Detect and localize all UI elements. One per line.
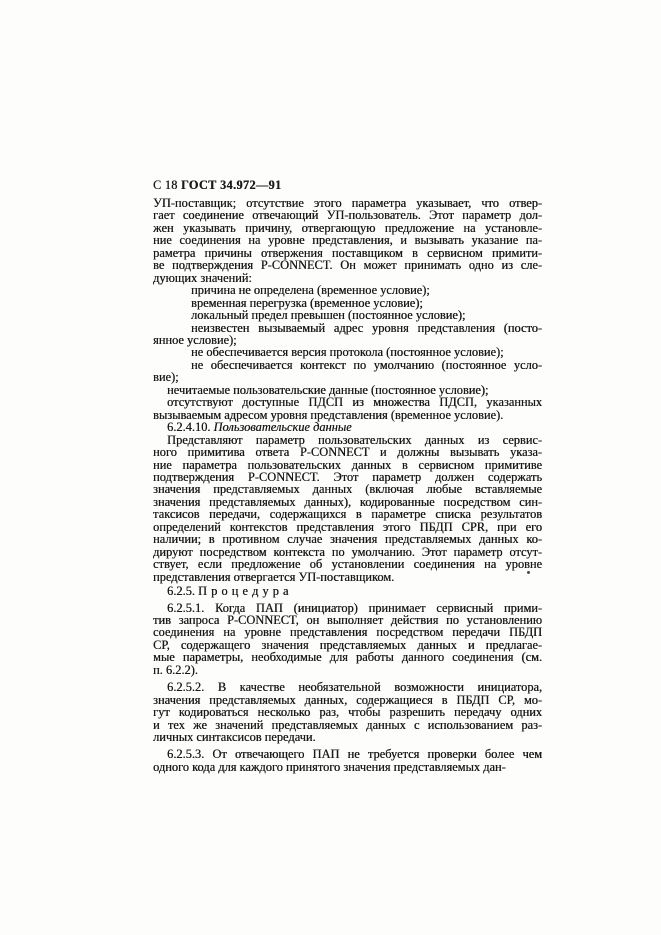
- scan-speck: [527, 571, 530, 574]
- paragraph: 6.2.5.2. В качестве необязательной возмо…: [153, 681, 542, 743]
- page-number-label: С 18: [153, 178, 178, 192]
- text-line: отсутствуют доступные ПДСП из множества …: [153, 396, 542, 408]
- text-line: соединения на уровне представления посре…: [153, 626, 542, 638]
- section-number: 6.2.5.: [167, 584, 198, 598]
- text-line: 6.2.4.10. Пользовательские данные: [153, 421, 542, 433]
- text-line: локальный предел превышен (постоянное ус…: [153, 309, 542, 321]
- text-line: таксисов передачи, содержащихся в параме…: [153, 508, 542, 520]
- list-item: локальный предел превышен (постоянное ус…: [153, 309, 542, 321]
- section-heading: 6.2.5. П р о ц е д у р а: [153, 585, 542, 597]
- document-page: С 18 ГОСТ 34.972—91 УП-поставщик; отсутс…: [0, 0, 661, 935]
- text-line: вие);: [153, 371, 542, 383]
- text-line: ного примитива ответа P-CONNECT и должны…: [153, 446, 542, 458]
- text-line: представления отвергается УП-поставщиком…: [153, 571, 542, 583]
- text-line: ние соединения на уровне представления, …: [153, 234, 542, 246]
- paragraph: Представляют параметр пользовательских д…: [153, 434, 542, 583]
- paragraph: 6.2.5.3. От отвечающего ПАП не требуется…: [153, 748, 542, 773]
- text-block: УП-поставщик; отсутствие этого параметра…: [153, 197, 542, 773]
- text-line: личных синтаксисов передачи.: [153, 731, 542, 743]
- running-header: С 18 ГОСТ 34.972—91: [153, 179, 542, 192]
- text-line: одного кода для каждого принятого значен…: [153, 761, 542, 773]
- text-line: 6.2.5.2. В качестве необязательной возмо…: [153, 681, 542, 693]
- document-number: ГОСТ 34.972—91: [181, 178, 282, 192]
- text-line: 6.2.5. П р о ц е д у р а: [153, 585, 542, 597]
- list-item: неизвестен вызываемый адрес уровня предс…: [153, 322, 542, 347]
- paragraph: 6.2.5.1. Когда ПАП (инициатор) принимает…: [153, 602, 542, 677]
- text-line: п. 6.2.2).: [153, 664, 542, 676]
- text-line: наличии; в противном случае значения пре…: [153, 533, 542, 545]
- text-line: гут кодироваться несколько раз, чтобы ра…: [153, 706, 542, 718]
- text-line: ствует, если предложение об установлении…: [153, 558, 542, 570]
- text-line: причина не определена (временное условие…: [153, 284, 542, 296]
- text-line: значения представляемых данных (включая …: [153, 483, 542, 495]
- text-line: мые параметры, необходимые для работы да…: [153, 651, 542, 663]
- section-heading: 6.2.4.10. Пользовательские данные: [153, 421, 542, 433]
- text-line: ве подтверждения P-CONNECT. Он может при…: [153, 259, 542, 271]
- text-line: не обеспечивается контекст по умолчанию …: [153, 359, 542, 371]
- list-item: отсутствуют доступные ПДСП из множества …: [153, 396, 542, 421]
- section-title: П р о ц е д у р а: [198, 584, 289, 598]
- list-item: причина не определена (временное условие…: [153, 284, 542, 296]
- list-item: не обеспечивается контекст по умолчанию …: [153, 359, 542, 384]
- paragraph-continuation: УП-поставщик; отсутствие этого параметра…: [153, 197, 542, 284]
